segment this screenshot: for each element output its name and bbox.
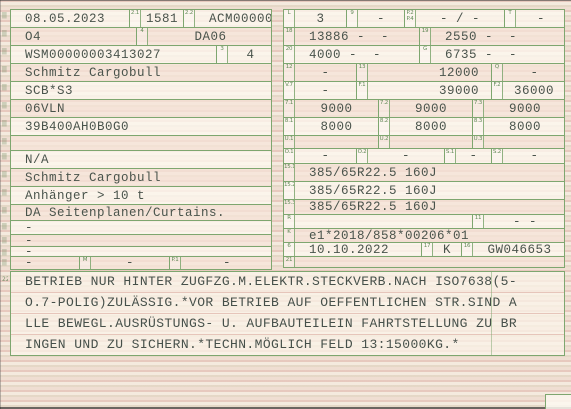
form-cell: WSM00000003413027 [11, 46, 216, 63]
field-number-label: 17 [422, 243, 433, 256]
field-number-label: 4 [137, 28, 148, 45]
form-cell: 7.19000 [284, 100, 378, 117]
form-cell: 21 [284, 257, 564, 267]
field-number-label: 21 [284, 257, 295, 267]
clipped-field-label: █ [2, 84, 8, 91]
field-value: 6735 - - [431, 46, 564, 63]
field-number-label: G [420, 46, 431, 63]
field-number-label: 18 [284, 28, 295, 45]
field-number-label: R [284, 215, 295, 228]
form-row: 08.05.20232.115812.2ACM00000- [11, 10, 271, 28]
field-value: - [11, 235, 271, 246]
clipped-field-label: █ [2, 189, 8, 196]
field-value: Schmitz Cargobull [11, 169, 271, 186]
form-cell: F.139000 [356, 82, 491, 99]
form-row: Ke1*2018/858*00206*01 [284, 229, 564, 243]
form-cell: 15.2385/65R22.5 160J [284, 182, 564, 199]
form-cell: R [284, 215, 472, 228]
field-number-label: U.3 [473, 136, 484, 148]
field-number-label: S.1 [445, 149, 456, 163]
clipped-field-label: █ [2, 223, 8, 230]
form-row: 12-1312000Q- [284, 64, 564, 82]
form-row: 06VLN [11, 100, 271, 118]
form-cell: - [11, 221, 271, 234]
field-value: 10.10.2022 [295, 243, 421, 256]
field-value [11, 136, 271, 150]
form-cell: 8.38000 [472, 118, 564, 135]
clipped-field-label: █ [2, 102, 8, 109]
form-row: - [11, 221, 271, 235]
field-value: - [11, 221, 271, 234]
form-cell: 17K [421, 243, 461, 256]
form-cell: 15.1385/65R22.5 160J [284, 164, 564, 181]
field-value: - [368, 149, 444, 163]
form-cell: O4 [11, 28, 136, 45]
field-number-label: 2.1 [130, 10, 141, 27]
field-number-label: F.2 [492, 82, 503, 99]
clipped-field-label: █ [2, 30, 8, 37]
form-cell: Anhänger > 10 t [11, 187, 271, 204]
adjacent-section-corner [545, 394, 571, 409]
field-value: 36000 [503, 82, 564, 99]
form-cell: Ke1*2018/858*00206*01 [284, 229, 564, 242]
right-field-grid: L39-P.2 P.4- / -T-1813886 - -192550 - -2… [283, 9, 565, 268]
clipped-field-label: █ [2, 12, 8, 19]
field-number-label: K [284, 229, 295, 242]
form-cell: 16GW046653 [461, 243, 564, 256]
form-cell: G6735 - - [419, 46, 564, 63]
form-row: O44DA06 [11, 28, 271, 46]
form-cell: 4DA06 [136, 28, 271, 45]
form-cell: SCB*S3 [11, 82, 271, 99]
form-row: 1813886 - -192550 - - [284, 28, 564, 46]
form-row: Anhänger > 10 t [11, 187, 271, 205]
field-number-label: M [80, 257, 91, 269]
field-value: 2550 - - [431, 28, 564, 45]
field-number-label: V.7 [284, 82, 295, 99]
form-cell: 12- [284, 64, 356, 81]
field-number-label: 12 [284, 64, 295, 81]
form-cell: 2.2ACM00000- [183, 10, 271, 27]
form-cell: U.3 [472, 136, 564, 148]
field-number-label: L [284, 10, 295, 27]
field-value [295, 136, 378, 148]
form-row: 15.2385/65R22.5 160J [284, 182, 564, 200]
form-cell: U.2 [378, 136, 472, 148]
form-row: R11- - [284, 215, 564, 229]
form-cell: M- [79, 257, 169, 269]
form-cell: Schmitz Cargobull [11, 64, 271, 81]
clipped-field-label: █ [2, 259, 8, 266]
clipped-field-label: █ [2, 171, 8, 178]
form-row: 15.3385/65R22.5 160J [284, 200, 564, 215]
field-value: 1581 [141, 10, 183, 27]
field-value: - [295, 82, 356, 99]
field-value: WSM00000003413027 [11, 46, 216, 63]
field-value: - [181, 257, 271, 269]
form-row [11, 136, 271, 151]
form-cell: L3 [284, 10, 346, 27]
field-number-label: 8.1 [284, 118, 295, 135]
field-value [295, 257, 564, 267]
form-row: - [11, 235, 271, 247]
field-number-label: U.1 [284, 136, 295, 148]
remarks-line: O.7-POLIG)ZULÄSSIG.*VOR BETRIEB AUF OEFF… [11, 293, 564, 314]
clipped-field-label: █ [2, 207, 8, 214]
field-number-label: 15.2 [284, 182, 295, 199]
form-cell [11, 136, 271, 150]
form-row: 8.180008.280008.38000 [284, 118, 564, 136]
form-cell: P.2 P.4- / - [404, 10, 504, 27]
clipped-field-label: █ [2, 48, 8, 55]
field-value: 385/65R22.5 160J [295, 164, 564, 181]
field-value: K [433, 243, 461, 256]
form-cell: 06VLN [11, 100, 271, 117]
field-number-label: P.2 P.4 [405, 10, 416, 27]
field-value: - [503, 64, 564, 81]
vehicle-registration-document: 08.05.20232.115812.2ACM00000-O44DA06WSM0… [0, 0, 571, 409]
field-number-label: 15.3 [284, 200, 295, 214]
field-value: 8000 [484, 118, 564, 135]
field-value: - [456, 149, 491, 163]
field-value: Schmitz Cargobull [11, 64, 271, 81]
form-cell: Q- [491, 64, 564, 81]
form-cell: 11- - [472, 215, 564, 228]
clipped-field-label: █ [2, 237, 8, 244]
form-cell: 7.29000 [378, 100, 472, 117]
form-row: - [11, 247, 271, 257]
clipped-field-label: █ [2, 153, 8, 160]
form-row: N/A [11, 151, 271, 169]
form-cell: S.1- [444, 149, 491, 163]
field-value: 8000 [295, 118, 378, 135]
field-number-label: 13 [357, 64, 368, 81]
field-value: 12000 [368, 64, 491, 81]
field-number-label: 8.2 [379, 118, 390, 135]
field-value [295, 215, 472, 228]
clipped-field-label: █ [2, 249, 8, 256]
field-number-label: 6 [284, 243, 295, 256]
form-row: 39B400AH0B0G0 [11, 118, 271, 136]
remarks-block: BETRIEB NUR HINTER ZUGFZG.M.ELEKTR.STECK… [10, 271, 565, 356]
field-value: 39B400AH0B0G0 [11, 118, 271, 135]
form-cell: 2.11581 [129, 10, 183, 27]
field-number-label: 2.2 [184, 10, 195, 27]
field-value: - / - [416, 10, 504, 27]
form-row: O.1-O.2-S.1-S.2- [284, 149, 564, 164]
form-cell: 204000 - - [284, 46, 419, 63]
form-cell: 8.28000 [378, 118, 472, 135]
field-value: 3 [295, 10, 346, 27]
field-value: - [516, 10, 564, 27]
form-row: WSM0000000341302734 [11, 46, 271, 64]
left-field-grid: 08.05.20232.115812.2ACM00000-O44DA06WSM0… [10, 9, 272, 270]
field-number-label: T [505, 10, 516, 27]
field-number-label: 8.3 [473, 118, 484, 135]
field-value: ACM00000- [195, 10, 271, 27]
field-number-label: O.1 [284, 149, 295, 163]
form-cell: 8.18000 [284, 118, 378, 135]
form-row: Schmitz Cargobull [11, 169, 271, 187]
field-value: - - [484, 215, 564, 228]
form-row: DA Seitenplanen/Curtains. [11, 205, 271, 221]
form-cell: O.2- [356, 149, 444, 163]
field-value: DA Seitenplanen/Curtains. [11, 205, 271, 220]
field-value: 4000 - - [295, 46, 419, 63]
clipped-field-label: █ [2, 66, 8, 73]
field-value: - [11, 257, 79, 269]
form-cell: 39B400AH0B0G0 [11, 118, 271, 135]
form-cell: 08.05.2023 [11, 10, 129, 27]
field-value: 06VLN [11, 100, 271, 117]
clipped-field-label: 22 [2, 276, 8, 283]
form-cell: T- [504, 10, 564, 27]
form-cell: 610.10.2022 [284, 243, 421, 256]
form-cell: U.1 [284, 136, 378, 148]
field-value: 385/65R22.5 160J [295, 182, 564, 199]
field-value: 9000 [484, 100, 564, 117]
field-value: 8000 [390, 118, 472, 135]
form-row: 21 [284, 257, 564, 267]
field-number-label: 7.2 [379, 100, 390, 117]
remarks-line: BETRIEB NUR HINTER ZUGFZG.M.ELEKTR.STECK… [11, 272, 564, 293]
field-number-label: 11 [473, 215, 484, 228]
field-number-label: O.2 [357, 149, 368, 163]
form-cell: N/A [11, 151, 271, 168]
form-row: L39-P.2 P.4- / -T- [284, 10, 564, 28]
field-value: 385/65R22.5 160J [295, 200, 564, 214]
field-number-label: 7.3 [473, 100, 484, 117]
form-cell: Schmitz Cargobull [11, 169, 271, 186]
field-number-label: 3 [217, 46, 228, 63]
form-cell: 34 [216, 46, 271, 63]
field-value: - [11, 247, 271, 256]
form-cell: 15.3385/65R22.5 160J [284, 200, 564, 214]
field-value [484, 136, 564, 148]
form-cell: 1813886 - - [284, 28, 419, 45]
field-number-label: 15.1 [284, 164, 295, 181]
field-number-label: S.2 [492, 149, 503, 163]
form-row: -M-P.1- [11, 257, 271, 269]
form-cell: P.1- [169, 257, 271, 269]
field-value: 4 [228, 46, 271, 63]
field-value: DA06 [148, 28, 271, 45]
field-number-label: 19 [420, 28, 431, 45]
field-number-label: 20 [284, 46, 295, 63]
form-cell: 9- [346, 10, 404, 27]
field-number-label: 9 [347, 10, 358, 27]
form-cell: O.1- [284, 149, 356, 163]
field-value: 9000 [390, 100, 472, 117]
form-row: Schmitz Cargobull [11, 64, 271, 82]
form-row: SCB*S3 [11, 82, 271, 100]
form-row: 204000 - -G6735 - - [284, 46, 564, 64]
field-number-label: Q [492, 64, 503, 81]
field-number-label: U.2 [379, 136, 390, 148]
form-row: 15.1385/65R22.5 160J [284, 164, 564, 182]
form-cell: 7.39000 [472, 100, 564, 117]
field-value: - [295, 149, 356, 163]
form-row: 7.190007.290007.39000 [284, 100, 564, 118]
form-row: U.1U.2U.3 [284, 136, 564, 149]
field-value: Anhänger > 10 t [11, 187, 271, 204]
field-number-label: 16 [462, 243, 473, 256]
field-value: - [295, 64, 356, 81]
remarks-line: INGEN UND ZU SICHERN.*TECHN.MÖGLICH FELD… [11, 335, 564, 355]
field-value: 39000 [368, 82, 491, 99]
form-cell: V.7- [284, 82, 356, 99]
field-value [390, 136, 472, 148]
field-value: - [91, 257, 169, 269]
form-cell: 1312000 [356, 64, 491, 81]
field-number-label: 7.1 [284, 100, 295, 117]
form-cell: - [11, 235, 271, 246]
form-cell: S.2- [491, 149, 564, 163]
remarks-line: LLE BEWEGL.AUSRÜSTUNGS- U. AUFBAUTEILEIN… [11, 314, 564, 335]
form-cell: 192550 - - [419, 28, 564, 45]
field-value: 13886 - - [295, 28, 419, 45]
field-number-label: F.1 [357, 82, 368, 99]
field-value: SCB*S3 [11, 82, 271, 99]
form-cell: F.236000 [491, 82, 564, 99]
field-value: 9000 [295, 100, 378, 117]
form-row: V.7-F.139000F.236000 [284, 82, 564, 100]
form-row: 610.10.202217K16GW046653 [284, 243, 564, 257]
field-value: N/A [11, 151, 271, 168]
field-value: 08.05.2023 [11, 10, 129, 27]
field-value: - [358, 10, 404, 27]
clipped-field-label: █ [2, 120, 8, 127]
field-number-label: P.1 [170, 257, 181, 269]
field-value: O4 [11, 28, 136, 45]
field-value: GW046653 [473, 243, 564, 256]
field-value: e1*2018/858*00206*01 [295, 229, 564, 242]
form-cell: DA Seitenplanen/Curtains. [11, 205, 271, 220]
clipped-field-label: █ [2, 138, 8, 145]
form-cell: - [11, 257, 79, 269]
field-value: - [503, 149, 564, 163]
form-cell: - [11, 247, 271, 256]
